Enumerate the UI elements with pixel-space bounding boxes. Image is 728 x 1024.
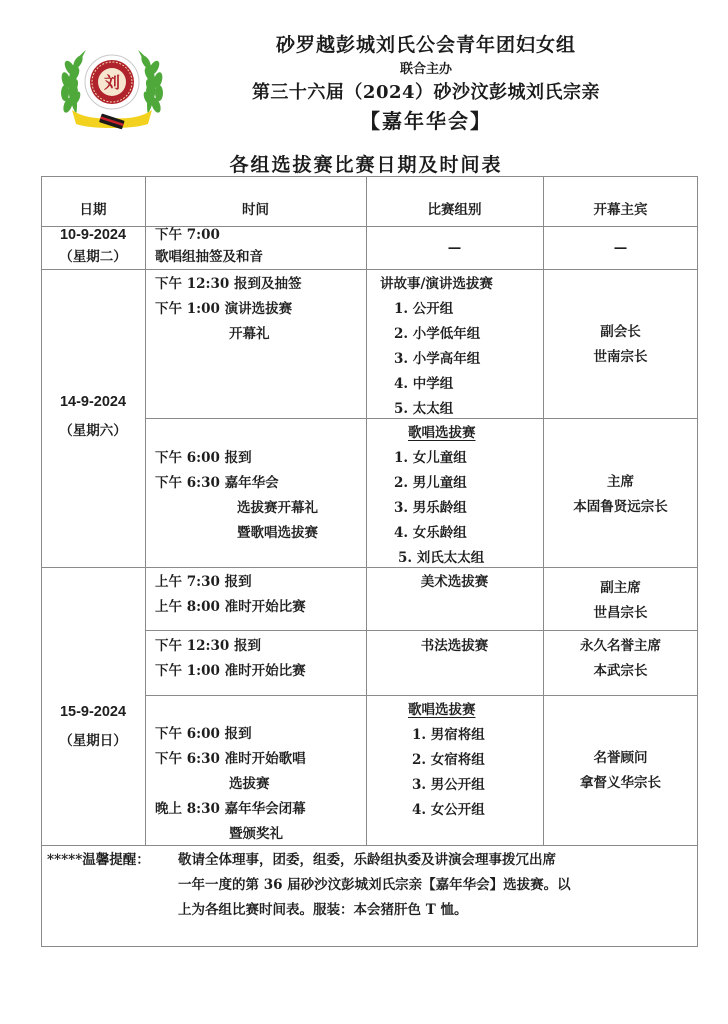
organizer-title: 砂罗越彭城刘氏公会青年团妇女组 (62, 30, 728, 57)
group-item: 5. 太太组 (380, 397, 493, 422)
time-cell: 下午 12:30 报到及抽签 下午 1:00 演讲选拔赛 开幕礼 (155, 272, 301, 347)
reminder-text: 敬请全体理事，团委，组委，乐龄组执委及讲演会理事拨冗出席 一年一度的第 36 届… (178, 848, 571, 923)
time-line: 晚上 8:30 嘉年华会闭幕 (155, 797, 306, 822)
date-value: 10-9-2024 (41, 224, 145, 246)
guest-name: 世南宗长 (543, 345, 698, 370)
category-cell: 歌唱选拔赛 1. 女儿童组 2. 男儿童组 3. 男乐龄组 4. 女乐龄组 5.… (380, 421, 484, 571)
time-cell: 下午 6:00 报到 下午 6:30 准时开始歌唱 选拔赛 晚上 8:30 嘉年… (155, 722, 306, 847)
date-cell: 14-9-2024 （星期六） (41, 390, 145, 444)
category-cell: — (366, 236, 543, 261)
guest-cell: 永久名誉主席 本武宗长 (543, 634, 698, 684)
group-item: 4. 女公开组 (380, 798, 485, 823)
col-divider (366, 176, 367, 845)
reminder-line: 上为各组比赛时间表。服装：本会猪肝色 T 恤。 (178, 898, 571, 923)
group-item: 1. 女儿童组 (380, 446, 484, 471)
group-item: 1. 公开组 (380, 297, 493, 322)
reminder-line: 敬请全体理事，团委，组委，乐龄组执委及讲演会理事拨冗出席 (178, 848, 571, 873)
category-cell: 讲故事/演讲选拔赛 1. 公开组 2. 小学低年组 3. 小学高年组 4. 中学… (380, 272, 493, 422)
time-cell: 下午 12:30 报到 下午 1:00 准时开始比赛 (155, 634, 306, 684)
time-cell: 下午 6:00 报到 下午 6:30 嘉年华会 选拔赛开幕礼 暨歌唱选拔赛 (155, 446, 318, 546)
column-header-category: 比赛组别 (366, 198, 543, 223)
time-line: 选拔赛 (155, 772, 306, 797)
guest-cell: 副会长 世南宗长 (543, 320, 698, 370)
group-item: 2. 小学低年组 (380, 322, 493, 347)
time-line: 下午 1:00 演讲选拔赛 (155, 297, 301, 322)
category-cell: 书法选拔赛 (366, 634, 543, 659)
guest-title: 副主席 (543, 576, 698, 601)
guest-name: 拿督义华宗长 (543, 771, 698, 796)
time-line: 下午 6:00 报到 (155, 722, 306, 747)
guest-cell: 主席 本固鲁贤远宗长 (543, 470, 698, 520)
time-cell: 上午 7:30 报到 上午 8:00 准时开始比赛 (155, 570, 306, 620)
guest-title: 副会长 (543, 320, 698, 345)
guest-title: 主席 (543, 470, 698, 495)
category-cell: 歌唱选拔赛 1. 男宿将组 2. 女宿将组 3. 男公开组 4. 女公开组 (380, 698, 485, 823)
row-divider (145, 630, 698, 631)
reminder-line: 一年一度的第 36 届砂沙汶彭城刘氏宗亲【嘉年华会】选拔赛。以 (178, 873, 571, 898)
row-divider (41, 845, 698, 846)
column-header-guest: 开幕主宾 (543, 198, 698, 223)
schedule-title: 各组选拔赛比赛日期及时间表 (2, 150, 728, 177)
column-header-date: 日期 (41, 198, 145, 223)
weekday-value: （星期二） (41, 246, 145, 268)
group-item: 3. 男乐龄组 (380, 496, 484, 521)
category-cell: 美术选拔赛 (366, 570, 543, 595)
schedule-table (41, 176, 698, 947)
time-cell: 下午 7:00 歌唱组抽签及和音 (155, 224, 263, 268)
time-line: 上午 8:00 准时开始比赛 (155, 595, 306, 620)
row-divider (41, 269, 698, 270)
group-item: 3. 小学高年组 (380, 347, 493, 372)
date-cell: 10-9-2024 （星期二） (41, 224, 145, 268)
group-item: 2. 男儿童组 (380, 471, 484, 496)
guest-cell: 名誉顾问 拿督义华宗长 (543, 746, 698, 796)
col-divider (145, 176, 146, 845)
time-line: 上午 7:30 报到 (155, 570, 306, 595)
guest-cell: — (543, 236, 698, 261)
date-value: 15-9-2024 (41, 700, 145, 725)
group-item: 4. 女乐龄组 (380, 521, 484, 546)
time-line: 歌唱组抽签及和音 (155, 246, 263, 268)
guest-name: 世昌宗长 (543, 601, 698, 626)
group-item: 2. 女宿将组 (380, 748, 485, 773)
weekday-value: （星期六） (41, 419, 145, 444)
event-title: 【嘉年华会】 (62, 105, 728, 134)
time-line: 下午 12:30 报到 (155, 634, 306, 659)
co-host-label: 联合主办 (62, 58, 728, 77)
reminder-prefix: *****温馨提醒： (47, 848, 150, 873)
date-value: 14-9-2024 (41, 390, 145, 415)
time-line: 暨颁奖礼 (155, 822, 306, 847)
time-line: 暨歌唱选拔赛 (155, 521, 318, 546)
date-cell: 15-9-2024 （星期日） (41, 700, 145, 754)
edition-title: 第三十六届（2024）砂沙汶彭城刘氏宗亲 (62, 78, 728, 104)
guest-name: 本固鲁贤远宗长 (543, 495, 698, 520)
row-divider (41, 567, 698, 568)
category-title: 歌唱选拔赛 (380, 698, 485, 723)
group-item: 5. 刘氏太太组 (380, 546, 484, 571)
time-line: 下午 6:30 嘉年华会 (155, 471, 318, 496)
row-divider (145, 695, 698, 696)
time-line: 选拔赛开幕礼 (155, 496, 318, 521)
category-title: 讲故事/演讲选拔赛 (380, 272, 493, 297)
guest-cell: 副主席 世昌宗长 (543, 576, 698, 626)
guest-name: 本武宗长 (543, 659, 698, 684)
time-line: 下午 1:00 准时开始比赛 (155, 659, 306, 684)
category-title: 歌唱选拔赛 (380, 421, 484, 446)
guest-title: 名誉顾问 (543, 746, 698, 771)
guest-title: 永久名誉主席 (543, 634, 698, 659)
column-header-time: 时间 (145, 198, 366, 223)
time-line: 下午 6:00 报到 (155, 446, 318, 471)
time-line: 下午 6:30 准时开始歌唱 (155, 747, 306, 772)
time-line: 开幕礼 (155, 322, 301, 347)
weekday-value: （星期日） (41, 729, 145, 754)
group-item: 1. 男宿将组 (380, 723, 485, 748)
time-line: 下午 12:30 报到及抽签 (155, 272, 301, 297)
group-item: 3. 男公开组 (380, 773, 485, 798)
group-item: 4. 中学组 (380, 372, 493, 397)
time-line: 下午 7:00 (155, 224, 263, 246)
